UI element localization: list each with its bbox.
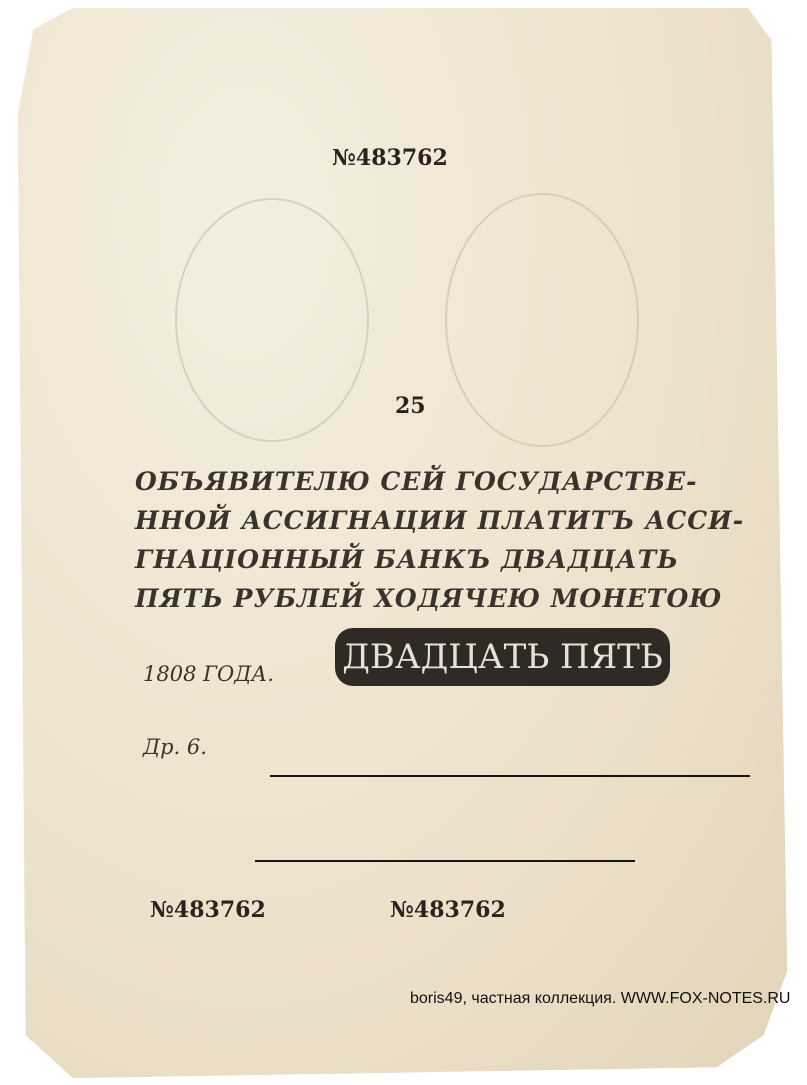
- year-text: 1808 ГОДА.: [143, 662, 274, 686]
- denomination-stamp: ДВАДЦАТЬ ПЯТЬ: [335, 628, 670, 686]
- signature-1: [270, 775, 750, 777]
- text-line-4: ПЯТЬ РУБЛЕЙ ХОДЯЧЕЮ МОНЕТОЮ: [135, 584, 722, 613]
- text-line-2: ННОЙ АССИГНАЦИИ ПЛАТИТЪ АССИ-: [135, 506, 744, 535]
- serial-number-bottom-left: №483762: [150, 897, 266, 923]
- watermark-oval-right: [445, 193, 639, 447]
- watermark-oval-left: [175, 198, 369, 442]
- text-line-1: ОБЪЯВИТЕЛЮ СЕЙ ГОСУДАРСТВЕ-: [135, 467, 697, 496]
- serial-number-bottom-right: №483762: [390, 897, 506, 923]
- plate-label: Др. 6.: [143, 735, 207, 759]
- text-line-3: ГНАЦІОННЫЙ БАНКЪ ДВАДЦАТЬ: [135, 545, 679, 574]
- serial-number-top: №483762: [332, 145, 448, 171]
- signature-2: [255, 860, 635, 862]
- credit-text: boris49, частная коллекция. WWW.FOX-NOTE…: [410, 990, 790, 1008]
- denomination-number: 25: [395, 393, 426, 419]
